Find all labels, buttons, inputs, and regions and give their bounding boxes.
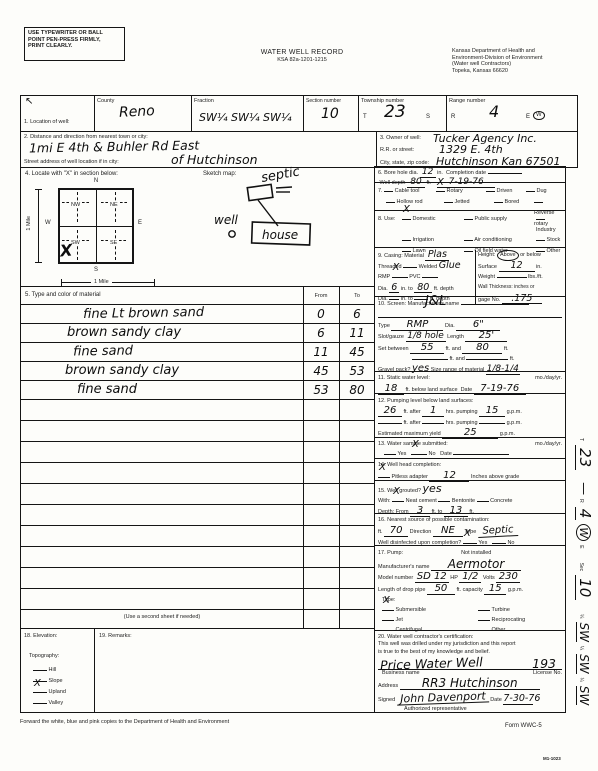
township-value: 23 xyxy=(384,102,406,122)
neat-cement-check-mark: X xyxy=(393,487,400,497)
mile-label-left: 1 Mile xyxy=(26,214,33,233)
quadrant-nw: NW xyxy=(60,202,91,208)
blank xyxy=(422,272,438,278)
volts-label: Volts xyxy=(483,575,495,581)
signed-date-value: 7-30-76 xyxy=(503,694,533,705)
upland-label: Upland xyxy=(49,689,66,695)
form-title: WATER WELL RECORD xyxy=(224,49,380,57)
submersible-label: Submersible xyxy=(396,607,427,613)
submersible-item: X Submersible xyxy=(382,605,478,615)
blank xyxy=(384,186,393,192)
title-block: WATER WELL RECORD KSA 82a-1201-1215 xyxy=(224,49,380,64)
table-line xyxy=(21,588,374,589)
neat-cement-label: Neat cement xyxy=(406,498,437,504)
table-line xyxy=(21,380,374,381)
rr-label: R.R. or street: xyxy=(380,147,414,154)
grouted-value: yes xyxy=(423,483,442,494)
table-line xyxy=(21,441,374,442)
blank xyxy=(378,418,402,424)
date-label: Date xyxy=(490,697,502,703)
topography-upland: X Upland xyxy=(33,687,66,696)
casing-surface-line: Surface 12 in. xyxy=(475,261,565,272)
blank xyxy=(382,615,394,621)
contamination-header: 16. Nearest source of possible contamina… xyxy=(378,516,562,526)
pumping-hrs-value: 1 xyxy=(422,406,444,417)
table-line xyxy=(21,567,374,568)
dia-value: 6 xyxy=(389,283,399,294)
irrigation-label: Irrigation xyxy=(413,237,434,243)
pump-type-row-1: X Submersible Turbine xyxy=(378,605,562,615)
public-supply-label: Public supply xyxy=(475,216,507,222)
blank xyxy=(536,214,545,220)
elevation-label: 18. Elevation: xyxy=(24,633,57,640)
topography-valley: Valley xyxy=(33,698,63,707)
disinfected-yes-check-mark: X xyxy=(464,529,471,539)
hrs-pumping-label: hrs. pumping xyxy=(446,409,478,415)
casing-dia1-line: Dia. 6 in. to 80 ft. depth xyxy=(378,283,475,294)
mile-scale-line-left xyxy=(38,190,39,262)
material-value: Plas xyxy=(425,250,449,261)
compass-e: E xyxy=(138,220,142,227)
pump-mfr-line: Manufacturer's name Aermotor xyxy=(378,558,562,572)
scale-tick xyxy=(35,262,42,263)
owner-label: 3. Owner of well: xyxy=(380,135,421,142)
pump-type-row-2: Jet Reciprocating xyxy=(378,615,562,625)
blank xyxy=(464,214,473,220)
divider xyxy=(94,629,95,712)
to-header: To xyxy=(339,293,375,300)
instruction-line: USE TYPEWRITER OR BALL xyxy=(28,30,121,37)
blank: X xyxy=(392,272,408,278)
quadrant-ne: NE xyxy=(99,202,129,208)
blank xyxy=(453,449,509,455)
contamination-type-value: Septic xyxy=(478,525,519,538)
reciprocating-item: Reciprocating xyxy=(478,615,562,625)
industry-label: Industry xyxy=(536,227,556,233)
casing-label: 9. Casing: xyxy=(378,253,403,259)
form-number: Form WWC-5 xyxy=(505,723,542,730)
margin-dash: — xyxy=(576,482,591,495)
direction-value: NE xyxy=(433,526,463,537)
pumping-line-1: 26 ft. after 1 hrs. pumping 15 g.p.m. xyxy=(378,406,562,417)
model-label: Model number xyxy=(378,575,413,581)
sketch-house-label: house xyxy=(262,228,298,242)
cable-tool-item: 7. Cable tool xyxy=(378,186,436,197)
ft-depth-label: ft. depth xyxy=(434,286,454,292)
domestic-check-mark: X xyxy=(403,205,410,216)
bentonite-label: Bentonite xyxy=(452,498,475,504)
forward-copies-note: Forward the white, blue and pink copies … xyxy=(20,719,229,726)
pump-mfr-label: Manufacturer's name xyxy=(378,564,430,570)
inches-above-label: Inches above grade xyxy=(471,474,519,480)
blank xyxy=(526,186,535,192)
blank: X xyxy=(411,449,427,455)
range-w-circled: W xyxy=(533,111,545,120)
material-row-to: 6 xyxy=(340,307,374,321)
blank xyxy=(536,235,545,241)
section-20-certification: 20. Water well contractor's certificatio… xyxy=(374,630,566,713)
margin-quarter-label: ¼ xyxy=(577,646,583,650)
blank: X xyxy=(463,538,477,544)
grouted-header: 15. Well grouted? yes xyxy=(378,483,562,496)
estimated-yield-label: Estimated maximum yield xyxy=(378,431,441,437)
pump-label: 17. Pump: xyxy=(378,550,403,556)
material-row-from: 45 xyxy=(304,364,338,378)
blank xyxy=(402,235,411,241)
blank xyxy=(461,299,529,305)
license-number-label: License No. xyxy=(533,670,562,677)
section-6-bore-hole: 6. Bore hole dia. 12 in. Completion date… xyxy=(374,166,566,183)
yes-label: Yes xyxy=(397,451,406,457)
from-header: From xyxy=(303,293,339,300)
modayyr-label: mo./day/yr. xyxy=(535,440,562,449)
margin-e-label: E xyxy=(577,545,583,548)
air-conditioning-item: Air conditioning xyxy=(464,235,536,246)
table-line xyxy=(21,420,374,421)
quadrant-nw-label: NW xyxy=(71,202,80,208)
blank-line xyxy=(378,309,562,318)
jet-label: Jet xyxy=(396,617,403,623)
blank: X xyxy=(378,472,390,478)
margin-range-value: 4 xyxy=(575,507,594,521)
welded-value: Glue xyxy=(439,261,461,271)
use-row-1: 8. Use: X Domestic Public supply Industr… xyxy=(378,214,562,235)
certification-line-1: This well was drilled under my jurisdict… xyxy=(378,641,562,649)
quadrant-se: SE xyxy=(99,240,128,246)
sketch-map: septic house well xyxy=(206,166,374,284)
blank xyxy=(534,197,543,203)
well-head-header: 14. Well head completion: xyxy=(378,461,562,471)
table-line xyxy=(21,399,374,400)
mile-label-bottom: 1 Mile xyxy=(91,279,112,286)
grout-with-line: With: X Neat cement Bentonite Concrete xyxy=(378,496,562,506)
blank xyxy=(492,538,506,544)
authorized-rep-label: Authorized representative xyxy=(378,706,562,713)
material-row-from: 53 xyxy=(304,383,338,397)
screen-mfr-line: 10. Screen: Manufacturer's name xyxy=(378,299,562,309)
welded-label: Welded xyxy=(419,264,438,270)
blank xyxy=(486,186,495,192)
sketch-line xyxy=(276,187,292,188)
table-line xyxy=(21,361,374,362)
pump-model-line: Model number SD 12 HP 1/2 Volts 230 xyxy=(378,572,562,583)
material-row-text: fine sand xyxy=(73,343,133,359)
blank xyxy=(494,197,503,203)
set-between-line-2: ft. and ft. xyxy=(378,354,562,364)
capacity-label: ft. capacity xyxy=(456,587,482,593)
section-8-use: 8. Use: X Domestic Public supply Industr… xyxy=(374,210,566,248)
print-code: M1-1023 xyxy=(543,756,561,761)
hp-value: 1/2 xyxy=(459,572,481,583)
height-label: Height: xyxy=(478,252,495,258)
blank xyxy=(386,197,395,203)
blank xyxy=(497,272,527,278)
gpm-label: g.p.m. xyxy=(508,587,523,593)
margin-quarter-3: SW xyxy=(576,686,591,705)
screen-type-label: Type xyxy=(378,323,390,329)
material-label: Material xyxy=(404,253,424,259)
margin-quarter-label: ¼ xyxy=(577,614,583,618)
no-label: No xyxy=(429,451,436,457)
pumping-header: 12. Pumping level below land surfaces: xyxy=(378,396,562,406)
margin-t-label: T xyxy=(577,438,583,441)
use-label: 8. Use: xyxy=(378,214,402,235)
depth-value: 80 xyxy=(414,283,432,294)
material-row-to: 80 xyxy=(340,383,374,397)
scale-tick xyxy=(154,279,155,286)
scale-tick xyxy=(61,279,62,286)
blank xyxy=(412,354,448,360)
margin-r-label: R xyxy=(577,499,583,503)
screen-label: 10. Screen: xyxy=(378,301,406,307)
location-x-mark: X xyxy=(59,240,73,260)
in-label: in. xyxy=(536,264,542,270)
direction-label: Direction xyxy=(410,529,432,535)
divider xyxy=(303,96,304,131)
dia-label: Dia. xyxy=(378,286,388,292)
fraction-value: SW¼ SW¼ SW¼ xyxy=(199,111,292,124)
casing-weight-line: Weight lbs./ft. xyxy=(475,272,565,282)
section-13-water-sample: 13. Water sample submitted:mo./day/yr. Y… xyxy=(374,437,566,459)
material-row-from: 0 xyxy=(304,307,338,321)
set-between-label: Set between xyxy=(378,346,409,352)
turbine-item: Turbine xyxy=(478,605,562,615)
township-s: S xyxy=(426,114,430,121)
material-row-to: 53 xyxy=(340,364,374,378)
set-between-line: Set between 55 ft. and 80 ft. xyxy=(378,343,562,354)
static-level-header: 11. Static water level:mo./day/yr. xyxy=(378,374,562,384)
stock-label: Stock xyxy=(547,237,561,243)
range-r: R xyxy=(451,114,455,121)
not-installed-label: Not installed xyxy=(461,550,491,556)
drop-pipe-value: 50 xyxy=(427,584,455,595)
water-well-record-form: USE TYPEWRITER OR BALL POINT PEN-PRESS F… xyxy=(0,0,598,771)
weight-label: Weight xyxy=(478,274,495,280)
air-conditioning-label: Air conditioning xyxy=(474,237,512,243)
county-value: Reno xyxy=(119,103,156,121)
margin-legal-annotation: T 23 — R 4 W E Sec 10 ¼ SW ¼ SW ¼ SW xyxy=(568,438,594,730)
blank: X xyxy=(382,605,394,611)
county-label: County xyxy=(97,98,114,105)
ft-after-label: ft. after xyxy=(404,420,421,426)
section-number-label: Section number xyxy=(306,98,341,104)
section-number-value: 10 xyxy=(321,106,339,122)
blank: X xyxy=(33,687,47,693)
surface-label: Surface xyxy=(478,264,497,270)
hp-label: HP xyxy=(450,575,458,581)
material-row-text: fine Lt brown sand xyxy=(83,305,204,322)
valley-label: Valley xyxy=(49,700,64,706)
gpm-label: g.p.m. xyxy=(507,420,522,426)
jetted-label: Jetted xyxy=(455,199,470,205)
section-16-contamination: 16. Nearest source of possible contamina… xyxy=(374,513,566,546)
table-line xyxy=(21,483,374,484)
blank xyxy=(479,418,505,424)
water-sample-header: 13. Water sample submitted:mo./day/yr. xyxy=(378,440,562,449)
location-label: 1. Location of well: xyxy=(24,119,70,126)
range-value: 4 xyxy=(489,102,499,121)
section-15-grouted: 15. Well grouted? yes With: X Neat cemen… xyxy=(374,480,566,514)
instruction-box: USE TYPEWRITER OR BALL POINT PEN-PRESS F… xyxy=(24,27,125,61)
certification-header: 20. Water well contractor's certificatio… xyxy=(378,633,562,641)
margin-sec-label: Sec xyxy=(577,563,583,572)
irrigation-item: Irrigation xyxy=(402,235,464,246)
pitless-check-mark: X xyxy=(379,463,386,473)
surface-value: 12 xyxy=(499,261,535,272)
section-5-material-table: 5. Type and color of material From To fi… xyxy=(20,286,375,629)
divider xyxy=(191,96,192,131)
pump-type-label-line: Type: xyxy=(378,595,562,605)
section-11-static-level: 11. Static water level:mo./day/yr. 18 ft… xyxy=(374,371,566,394)
distance-owner-row: 2. Distance and direction from nearest t… xyxy=(20,131,578,168)
margin-township-value: 23 xyxy=(575,445,594,470)
blank xyxy=(478,615,490,621)
screen-type-value: RMP xyxy=(391,320,443,331)
date-label: Date xyxy=(461,387,473,393)
ft-label: ft. xyxy=(510,356,515,362)
section-17-pump: 17. Pump:Not installed Manufacturer's na… xyxy=(374,545,566,631)
modayyr-label: mo./day/yr. xyxy=(535,374,562,384)
screen-type-line: Type RMP Dia. 6" xyxy=(378,320,562,331)
septic-tank-shape xyxy=(247,184,273,200)
screen-slot-line: Slot/gauze 1/8 hole Length 25' xyxy=(378,331,562,342)
blank xyxy=(477,496,489,502)
ft-after-label: ft. after xyxy=(404,409,421,415)
section-10-screen: 10. Screen: Manufacturer's name J&L Type… xyxy=(374,296,566,372)
below-land-label: ft. below land surface xyxy=(406,387,458,393)
drill-method-row-1: 7. Cable tool X Rotary Driven Dug xyxy=(378,186,562,197)
submersible-check-mark: X xyxy=(383,596,390,606)
agency-line: Topeka, Kansas 66620 xyxy=(452,68,584,75)
rmp-check-mark: X xyxy=(393,263,400,272)
drop-pipe-line: Length of drop pipe 50 ft. capacity 15 g… xyxy=(378,584,562,595)
slope-label: Slope xyxy=(49,678,63,684)
signature-value: John Davenport xyxy=(396,691,488,706)
in-label: in. xyxy=(437,170,443,176)
blank xyxy=(488,168,522,174)
instruction-line: POINT PEN-PRESS FIRMLY, xyxy=(28,37,121,44)
signed-label: Signed xyxy=(378,697,395,703)
blank xyxy=(33,698,47,704)
blank: X xyxy=(436,186,445,192)
length-label: Length xyxy=(447,334,464,340)
topography-hill: Hill xyxy=(33,665,56,674)
hrs-pumping-label: hrs. pumping xyxy=(446,420,478,426)
industry-item: Industry xyxy=(536,214,562,235)
signed-line: Signed John Davenport Date 7-30-76 xyxy=(378,692,562,706)
agency-line: Environment-Division of Environment xyxy=(452,55,584,62)
sketch-septic-label: septic xyxy=(260,166,301,186)
pvc-label: PVC xyxy=(409,274,420,280)
length-value: 25' xyxy=(465,331,507,342)
lbs-label: lbs./ft. xyxy=(528,274,543,280)
section-5-label: 5. Type and color of material xyxy=(25,292,101,299)
section-9-casing: 9. Casing: Material Plas Height: Above o… xyxy=(374,247,566,297)
divider xyxy=(358,96,359,131)
slot-value: 1/8 hole xyxy=(406,332,446,342)
material-row-text: brown sandy clay xyxy=(65,363,179,378)
well-circle xyxy=(229,231,235,237)
pitless-label: Pitless adapter xyxy=(392,474,428,480)
blank: X xyxy=(392,496,404,502)
turbine-label: Turbine xyxy=(491,607,509,613)
compass-n: N xyxy=(58,178,134,185)
quadrant-ne-label: NE xyxy=(110,202,118,208)
table-line xyxy=(21,342,374,343)
domestic-label: Domestic xyxy=(413,216,436,222)
dug-item: Dug xyxy=(526,186,562,197)
public-supply-item: Public supply xyxy=(464,214,536,235)
blank xyxy=(384,449,396,455)
agency-line: Kansas Department of Health and xyxy=(452,48,584,55)
blank xyxy=(464,235,473,241)
with-label: With: xyxy=(378,498,391,504)
blank xyxy=(438,496,450,502)
gpm-label: g.p.m. xyxy=(507,409,522,415)
no-check-mark: X xyxy=(412,440,419,449)
domestic-item: X Domestic xyxy=(402,214,464,235)
ft-label: ft. xyxy=(378,529,383,535)
reciprocating-label: Reciprocating xyxy=(492,617,526,623)
scale-tick xyxy=(35,189,42,190)
location-row: ↖ 1. Location of well: County Reno Fract… xyxy=(20,95,578,132)
license-number-value: 193 xyxy=(532,656,556,671)
section-18-19-row: 18. Elevation: Topography: Hill Slope X … xyxy=(20,628,375,713)
pumping-gpm-value: 15 xyxy=(479,406,505,417)
in-to-label: in. to xyxy=(401,286,413,292)
material-row-to: 45 xyxy=(340,345,374,359)
agency-line: (Water well Contractors) xyxy=(452,61,584,68)
date-label: Date xyxy=(440,451,452,457)
bore-dia-label: 6. Bore hole dia. xyxy=(378,170,418,176)
divider xyxy=(94,96,95,131)
completion-date-label: Completion date xyxy=(446,170,486,176)
volts-value: 230 xyxy=(496,572,520,583)
quadrant-se-label: SE xyxy=(110,240,117,246)
compass-s: S xyxy=(58,267,134,274)
table-line xyxy=(21,525,374,526)
or-below-label: or below xyxy=(520,252,541,258)
fraction-label: Fraction xyxy=(194,98,214,105)
blank xyxy=(403,262,417,268)
business-name-line: Price Water Well 193 xyxy=(378,656,562,670)
range-e: E xyxy=(526,114,530,121)
pump-mfr-value: Aermotor xyxy=(431,558,521,571)
material-row-to: 11 xyxy=(340,326,374,340)
form-statute: KSA 82a-1201-1215 xyxy=(224,57,380,64)
remarks-label: 19. Remarks: xyxy=(99,633,132,640)
ft-label: ft. xyxy=(504,346,509,352)
cable-tool-label: Cable tool xyxy=(395,188,420,194)
blank xyxy=(466,354,508,360)
slot-label: Slot/gauze xyxy=(378,334,404,340)
topography-label: Topography: xyxy=(29,653,59,660)
driven-item: Driven xyxy=(486,186,526,197)
capacity-value: 15 xyxy=(484,584,506,595)
bored-label: Bored xyxy=(505,199,520,205)
section-12-pumping-level: 12. Pumping level below land surfaces: 2… xyxy=(374,393,566,438)
dug-label: Dug xyxy=(537,188,547,194)
material-row-text: fine sand xyxy=(77,382,137,397)
table-line xyxy=(21,609,374,610)
quadrant-sw-label: SW xyxy=(71,240,80,246)
table-line xyxy=(21,546,374,547)
driven-label: Driven xyxy=(497,188,513,194)
rotary-label: Rotary xyxy=(447,188,463,194)
divider xyxy=(376,132,377,167)
rmp-label: RMP xyxy=(378,274,390,280)
street-label: Street address of well location if in ci… xyxy=(24,159,119,166)
